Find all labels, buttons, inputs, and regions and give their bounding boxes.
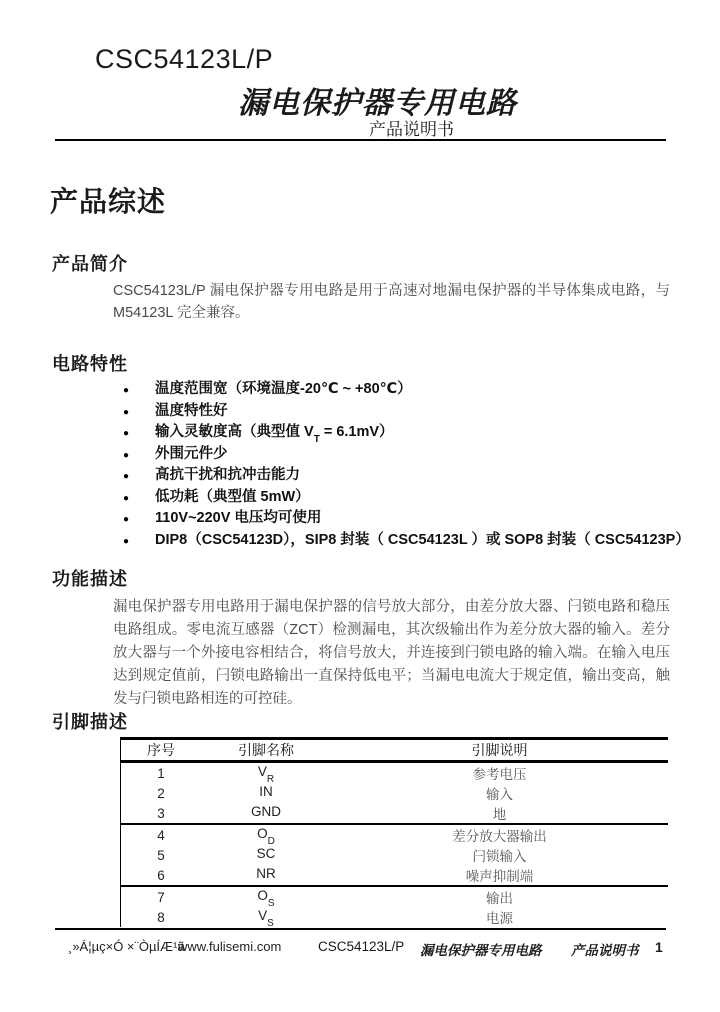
section-heading-function: 功能描述 <box>52 565 128 591</box>
footer-doc-type: 产品说明书 <box>571 939 639 959</box>
feature-text: DIP8（CSC54123D），SIP8 封装（ CSC54123L ）或 SO… <box>155 530 690 556</box>
footer-product-code: CSC54123L/P <box>318 939 404 954</box>
bullet-icon: ● <box>123 380 155 402</box>
bullet-icon: ● <box>123 488 155 510</box>
footer-doc-title: 漏电保护器专用电路 <box>420 939 542 959</box>
function-paragraph: 漏电保护器专用电路用于漏电保护器的信号放大部分，由差分放大器、闩锁电路和稳压电路… <box>113 596 670 711</box>
feature-item: ● 高抗干扰和抗冲击能力 <box>123 465 663 487</box>
pin-name: IN <box>201 783 331 803</box>
intro-paragraph: CSC54123L/P 漏电保护器专用电路是用于高速对地漏电保护器的半导体集成电… <box>113 281 670 324</box>
pin-table-header-row: 序号 引脚名称 引脚说明 <box>121 739 669 762</box>
footer-divider <box>55 928 666 930</box>
footer-page-number: 1 <box>655 939 663 955</box>
feature-item: ● 低功耗（典型值 5mW） <box>123 487 663 509</box>
table-row: 4 OD 差分放大器输出 <box>121 824 669 845</box>
table-row: 6 NR 噪声抑制端 <box>121 865 669 886</box>
product-code: CSC54123L/P <box>95 44 273 75</box>
table-row: 5 SC 闩锁输入 <box>121 845 669 865</box>
feature-item: ● DIP8（CSC54123D），SIP8 封装（ CSC54123L ）或 … <box>123 530 663 552</box>
section-heading-overview: 产品综述 <box>50 180 166 220</box>
footer: ¸»Á¦µç×Ó ×¨ÒµÍÆ¹ã www.fulisemi.com CSC54… <box>0 939 720 961</box>
document-subtitle: 产品说明书 <box>369 115 454 140</box>
pin-name: OD <box>201 824 331 845</box>
pin-table: 序号 引脚名称 引脚说明 1 VR 参考电压 2 IN 输入 3 GND 地 <box>120 737 668 927</box>
pin-name: GND <box>201 803 331 824</box>
feature-list: ● 温度范围宽（环境温度-20℃ ~ +80℃） ● 温度特性好 ● 输入灵敏度… <box>123 379 663 551</box>
section-heading-intro: 产品简介 <box>52 250 128 276</box>
table-row: 7 OS 输出 <box>121 886 669 907</box>
column-header-number: 序号 <box>121 739 202 762</box>
bullet-icon: ● <box>123 466 155 488</box>
table-row: 2 IN 输入 <box>121 783 669 803</box>
feature-item: ● 温度范围宽（环境温度-20℃ ~ +80℃） <box>123 379 663 401</box>
column-header-desc: 引脚说明 <box>331 739 668 762</box>
table-row: 8 VS 电源 <box>121 907 669 927</box>
section-heading-features: 电路特性 <box>52 350 128 376</box>
bullet-icon: ● <box>123 509 155 531</box>
table-row: 3 GND 地 <box>121 803 669 824</box>
footer-company: ¸»Á¦µç×Ó ×¨ÒµÍÆ¹ã <box>68 939 185 954</box>
footer-website: www.fulisemi.com <box>178 939 281 954</box>
bullet-icon: ● <box>123 531 155 553</box>
pin-name: SC <box>201 845 331 865</box>
header-divider <box>55 139 666 141</box>
bullet-icon: ● <box>123 402 155 424</box>
pin-name: VS <box>201 907 331 927</box>
feature-item: ● 110V~220V 电压均可使用 <box>123 508 663 530</box>
pin-name: NR <box>201 865 331 886</box>
pin-name: VR <box>201 762 331 784</box>
column-header-name: 引脚名称 <box>201 739 331 762</box>
table-row: 1 VR 参考电压 <box>121 762 669 784</box>
pin-name: OS <box>201 886 331 907</box>
feature-item: ● 输入灵敏度高（典型值 VT = 6.1mV） <box>123 422 663 444</box>
bullet-icon: ● <box>123 445 155 467</box>
datasheet-page: CSC54123L/P 漏电保护器专用电路 产品说明书 产品综述 产品简介 CS… <box>0 0 720 1012</box>
bullet-icon: ● <box>123 423 155 445</box>
section-heading-pins: 引脚描述 <box>52 708 128 734</box>
